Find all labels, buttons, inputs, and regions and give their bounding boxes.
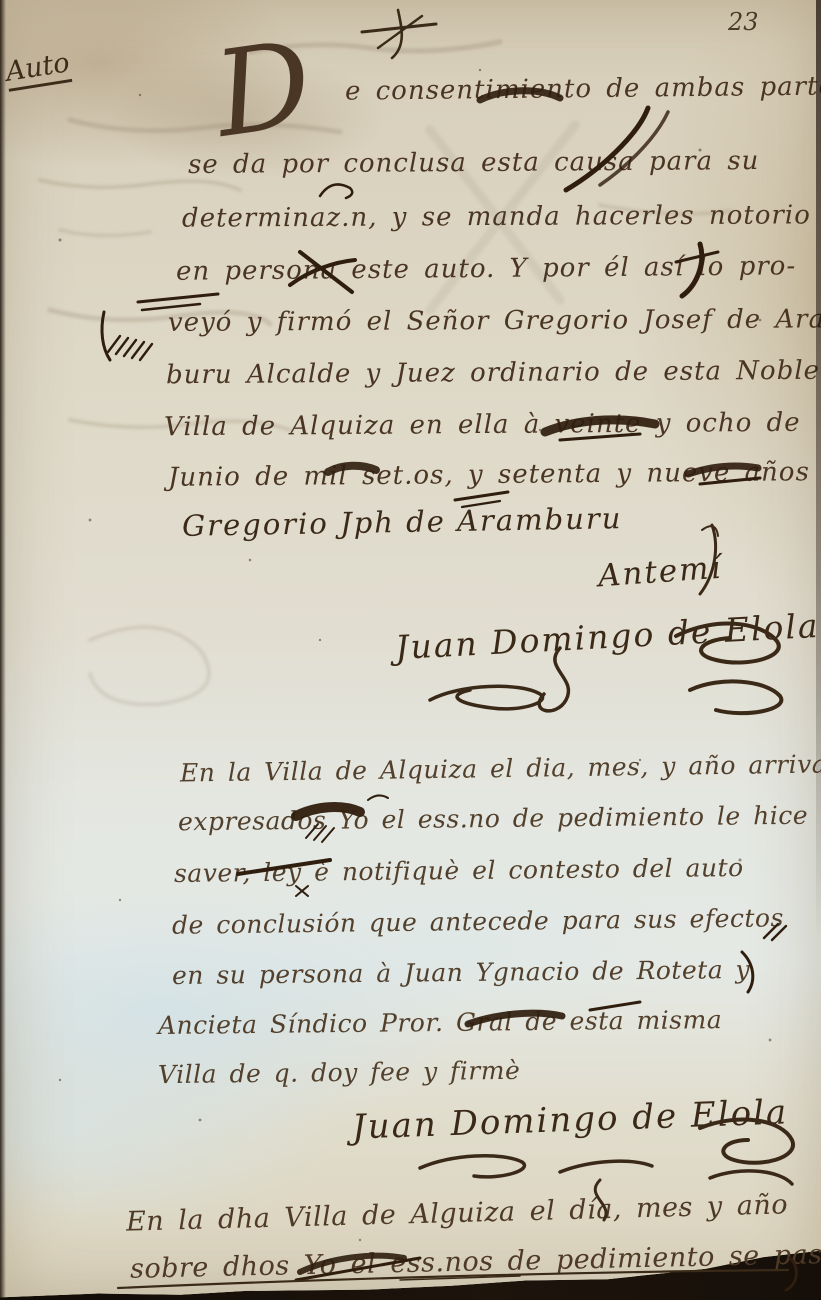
- page-gutter-shadow: [0, 0, 6, 1300]
- notification-line-6: Ancieta Síndico Pror. Gral de esta misma: [158, 1005, 722, 1040]
- notification-line-3: saver, ley è notifiquè el contesto del a…: [174, 853, 744, 888]
- auto-line-7: Villa de Alquiza en ella à veinte y ocho…: [164, 408, 801, 442]
- illuminated-initial: D: [208, 24, 318, 154]
- auto-line-8: Junio de mil set.os, y setenta y nueve a…: [168, 457, 810, 493]
- auto-line-3: determinaz.n, y se manda hacerles notori…: [182, 200, 811, 233]
- notification-line-5: en su persona à Juan Ygnacio de Roteta y: [172, 955, 751, 990]
- auto-line-6: buru Alcalde y Juez ordinario de esta No…: [166, 356, 820, 391]
- auto-line-5: veyó y firmó el Señor Gregorio Josef de …: [168, 304, 821, 338]
- auto-line-4: en persona este auto. Y por él así lo pr…: [176, 251, 796, 286]
- auto-line-2: se da por conclusa esta causa para su: [188, 146, 760, 180]
- auto-line-1: e consentimiento de ambas partes: [345, 71, 821, 106]
- folio-number: 23: [728, 8, 759, 36]
- page-edge-shadow: [816, 0, 821, 1300]
- manuscript-scan: 23 Auto D e consentimiento de ambas part…: [0, 0, 821, 1300]
- notification-line-7: Villa de q. doy fee y firmè: [158, 1056, 521, 1089]
